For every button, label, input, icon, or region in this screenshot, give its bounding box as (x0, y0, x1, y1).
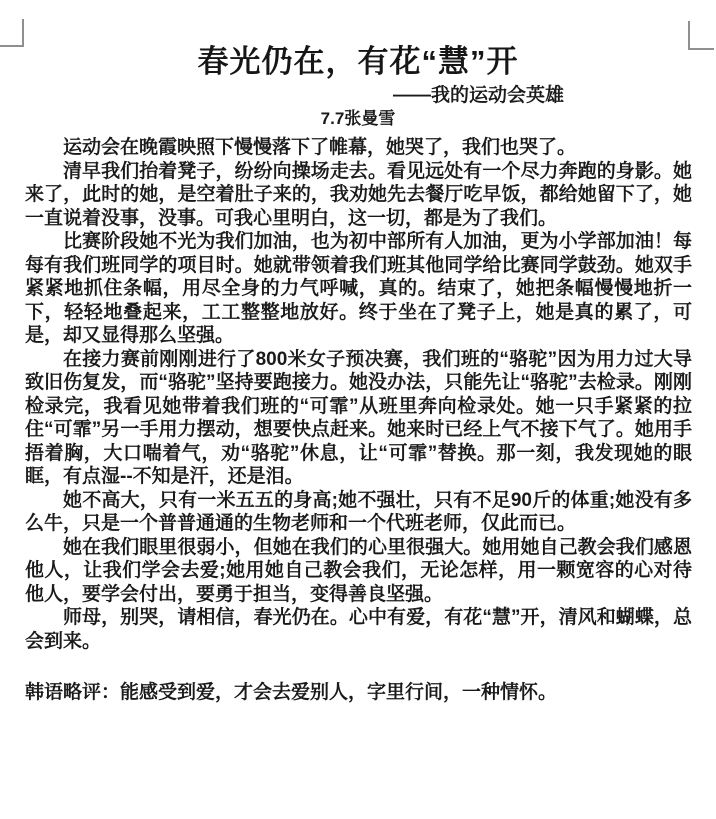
paragraph-4: 在接力赛前刚刚进行了800米女子预决赛，我们班的“骆驼”因为用力过大导致旧伤复发… (25, 348, 692, 489)
page-corner-mark-left (0, 19, 24, 47)
teacher-comment: 韩语略评：能感受到爱，才会去爱别人，字里行间，一种情怀。 (25, 681, 692, 705)
author-line: 7.7张曼雪 (0, 109, 716, 129)
document-page: 春光仍在，有花“慧”开 ——我的运动会英雄 7.7张曼雪 运动会在晚霞映照下慢慢… (0, 0, 716, 819)
document-subtitle: ——我的运动会英雄 (0, 85, 716, 107)
page-corner-mark-right (688, 21, 714, 50)
paragraph-3: 比赛阶段她不光为我们加油，也为初中部所有人加油，更为小学部加油！每每有我们班同学… (25, 230, 692, 348)
paragraph-5: 她不高大，只有一米五五的身高;她不强壮，只有不足90斤的体重;她没有多么牛，只是… (25, 489, 692, 536)
article-body: 运动会在晚霞映照下慢慢落下了帷幕，她哭了，我们也哭了。 清早我们抬着凳子，纷纷向… (25, 136, 692, 653)
document-title: 春光仍在，有花“慧”开 (0, 0, 716, 82)
paragraph-6: 她在我们眼里很弱小，但她在我们的心里很强大。她用她自己教会我们感恩他人，让我们学… (25, 536, 692, 607)
paragraph-1: 运动会在晚霞映照下慢慢落下了帷幕，她哭了，我们也哭了。 (25, 136, 692, 160)
paragraph-7: 师母，别哭，请相信，春光仍在。心中有爱，有花“慧”开，清风和蝴蝶，总会到来。 (25, 606, 692, 653)
paragraph-2: 清早我们抬着凳子，纷纷向操场走去。看见远处有一个尽力奔跑的身影。她来了，此时的她… (25, 160, 692, 231)
